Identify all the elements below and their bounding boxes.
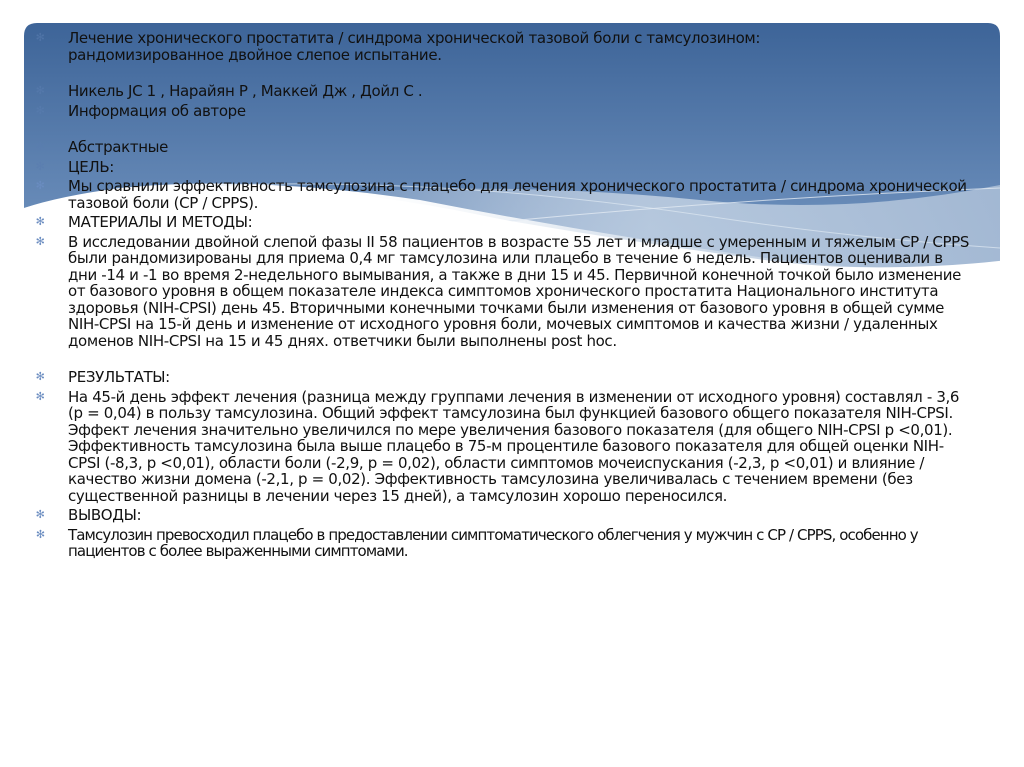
list-item-author-info: ✻ Информация об авторе [34, 103, 974, 120]
list-item-conclusions: ✻ Тамсулозин превосходил плацебо в предо… [34, 527, 974, 560]
authors: Никель JC 1 , Нарайян P , Маккей Дж , До… [68, 82, 422, 100]
goal-heading: ЦЕЛЬ: [68, 158, 114, 176]
list-item-methods: ✻ В исследовании двойной слепой фазы II … [34, 234, 974, 350]
list-item-abstract: ✻ Абстрактные [34, 139, 974, 156]
conclusions-heading: ВЫВОДЫ: [68, 506, 141, 524]
methods-heading: МАТЕРИАЛЫ И МЕТОДЫ: [68, 213, 252, 231]
list-item-conclusions-heading: ✻ ВЫВОДЫ: [34, 507, 974, 524]
article-title: Лечение хронического простатита / синдро… [68, 29, 760, 64]
results-heading: РЕЗУЛЬТАТЫ: [68, 368, 170, 386]
list-item-results-heading: ✻ РЕЗУЛЬТАТЫ: [34, 369, 974, 386]
list-item-results: ✻ На 45-й день эффект лечения (разница м… [34, 389, 974, 505]
goal-text: Мы сравнили эффективность тамсулозина с … [68, 177, 967, 212]
slide: ✻ Лечение хронического простатита / синд… [0, 0, 1024, 767]
abstract-content: ✻ Лечение хронического простатита / синд… [34, 30, 974, 560]
list-item-methods-heading: ✻ МАТЕРИАЛЫ И МЕТОДЫ: [34, 214, 974, 231]
bullet-icon: ✻ [34, 369, 46, 386]
conclusions-text: Тамсулозин превосходил плацебо в предост… [68, 526, 918, 561]
bullet-icon: ✻ [34, 178, 46, 195]
bullet-icon: ✻ [34, 214, 46, 231]
bullet-icon: ✻ [34, 234, 46, 251]
list-item-authors: ✻ Никель JC 1 , Нарайян P , Маккей Дж , … [34, 83, 974, 100]
results-text: На 45-й день эффект лечения (разница меж… [68, 388, 959, 505]
list-item-goal-heading: ✻ ЦЕЛЬ: [34, 159, 974, 176]
author-info-link[interactable]: Информация об авторе [68, 102, 246, 120]
bullet-icon: ✻ [34, 139, 46, 156]
bullet-icon: ✻ [34, 103, 46, 120]
bullet-icon: ✻ [34, 527, 46, 544]
bullet-icon: ✻ [34, 159, 46, 176]
bullet-icon: ✻ [34, 83, 46, 100]
abstract-heading: Абстрактные [68, 138, 168, 156]
bullet-icon: ✻ [34, 507, 46, 524]
methods-text: В исследовании двойной слепой фазы II 58… [68, 233, 969, 350]
bullet-icon: ✻ [34, 389, 46, 406]
list-item-goal: ✻ Мы сравнили эффективность тамсулозина … [34, 178, 974, 211]
bullet-icon: ✻ [34, 30, 46, 47]
list-item-title: ✻ Лечение хронического простатита / синд… [34, 30, 974, 63]
